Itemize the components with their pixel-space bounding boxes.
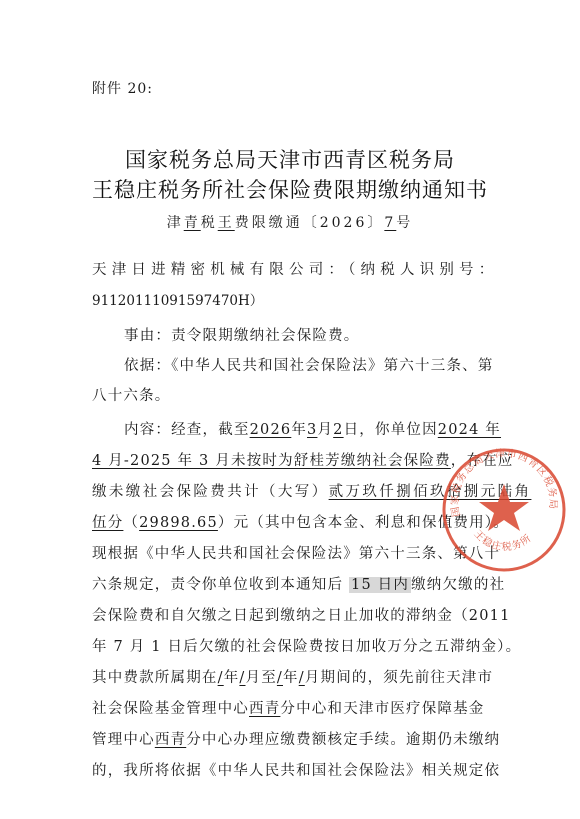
content-line-3: 缴未缴社会保险费共计（大写）贰万玖仟捌佰玖拾捌元陆角 (92, 480, 512, 501)
document-number: 津青税王费限缴通〔2026〕7号 (0, 212, 580, 232)
content-line-9: 其中费款所属期在/年/月至/年/月期间的，须先前往天津市 (92, 666, 512, 687)
recipient-line-1: 天津日进精密机械有限公司：（纳税人识别号： (92, 258, 512, 279)
year-char: 年 (224, 670, 240, 686)
content-text: 分中心办理应缴费额核定手续。逾期仍未缴纳 (186, 732, 500, 748)
recipient-taxpayer-id: 91120111091597470H） (92, 289, 512, 309)
basis-line-2: 八十六条。 (92, 384, 512, 405)
arrears-period: 4 月-2025 年 3 月未按时为舒桂芳缴纳社会保险费 (92, 453, 451, 469)
basis-text: 《中华人民共和国社会保险法》第六十三条、第 (171, 358, 493, 374)
content-text: 社会保险基金管理中心 (92, 701, 249, 717)
content-line-8: 年 7 月 1 日后欠缴的社会保险费按日加收万分之五滞纳金）。 (92, 635, 512, 656)
doc-number-mid: 税 (201, 215, 218, 231)
payment-deadline: 15 日内 (349, 577, 411, 593)
content-line-7: 会保险费和自欠缴之日起到缴纳之日止加收的滞纳金（2011 (92, 604, 512, 625)
content-label: 内容： (124, 422, 171, 438)
doc-number-prefix: 津 (167, 215, 184, 231)
amount-digits: 29898.65 (139, 515, 218, 531)
content-line-1: 内容：经查，截至2026年3月2日，你单位因2024 年 (124, 418, 544, 439)
content-text: 其中费款所属期在 (92, 670, 218, 686)
year-char: 年 (283, 670, 299, 686)
content-text: 管理中心 (92, 732, 155, 748)
month-char: 月 (305, 670, 321, 686)
amount-in-words-end: 伍分 (92, 515, 123, 531)
month-char: 月 (246, 670, 262, 686)
doc-number-suffix: 费限缴通〔2026〕 (235, 215, 385, 231)
content-line-5: 现根据《中华人民共和国社会保险法》第六十三条、第八十 (92, 542, 512, 563)
paren: （ (123, 515, 139, 531)
reason-line: 事由：责令限期缴纳社会保险费。 (124, 324, 544, 345)
content-text: 六条规定，责令你单位收到本通知后 (92, 577, 343, 593)
basis-line-1: 依据：《中华人民共和国社会保险法》第六十三条、第 (124, 354, 544, 375)
content-text: 缴未缴社会保险费共计（大写） (92, 484, 329, 500)
reason-text: 责令限期缴纳社会保险费。 (171, 328, 359, 344)
check-day: 2 (333, 422, 343, 438)
document-title-line-2: 王稳庄税务所社会保险费限期缴纳通知书 (0, 174, 580, 204)
content-text: 日，你单位因 (344, 422, 438, 438)
district-name: 西青 (155, 732, 186, 748)
doc-number-district: 青 (184, 215, 201, 231)
content-text: 期间的，须先前往天津市 (321, 670, 494, 686)
reason-label: 事由： (124, 328, 171, 344)
document-title-line-1: 国家税务总局天津市西青区税务局 (0, 144, 580, 174)
attachment-label: 附件 20: (92, 78, 153, 98)
content-line-2: 4 月-2025 年 3 月未按时为舒桂芳缴纳社会保险费，存在应 (92, 449, 512, 470)
doc-number-value: 7 (384, 215, 396, 231)
doc-number-office: 王 (218, 215, 235, 231)
district-name: 西青 (249, 701, 280, 717)
amount-in-words: 贰万玖仟捌佰玖拾捌元陆角 (329, 484, 532, 500)
arrears-period-start: 2024 年 (438, 422, 501, 438)
content-line-10: 社会保险基金管理中心西青分中心和天津市医疗保障基金 (92, 697, 512, 718)
content-text: 经查，截至 (171, 422, 250, 438)
content-text: ）元（其中包含本金、利息和保值费用）。 (218, 515, 509, 531)
content-line-12: 的，我所将依据《中华人民共和国社会保险法》相关规定依 (92, 759, 512, 780)
doc-number-end: 号 (396, 215, 413, 231)
to-char: 至 (261, 670, 277, 686)
content-line-11: 管理中心西青分中心办理应缴费额核定手续。逾期仍未缴纳 (92, 728, 512, 749)
document-page: 附件 20: 国家税务总局天津市西青区税务局 王稳庄税务所社会保险费限期缴纳通知… (0, 0, 580, 819)
content-line-6: 六条规定，责令你单位收到本通知后 15 日内缴纳欠缴的社 (92, 573, 512, 594)
check-year: 2026 (250, 422, 292, 438)
content-text: ，存在应 (451, 453, 514, 469)
content-text: 缴纳欠缴的社 (411, 577, 505, 593)
content-line-4: 伍分（29898.65）元（其中包含本金、利息和保值费用）。 (92, 511, 512, 532)
content-text: 分中心和天津市医疗保障基金 (280, 701, 484, 717)
basis-label: 依据： (124, 358, 171, 374)
check-month: 3 (307, 422, 317, 438)
